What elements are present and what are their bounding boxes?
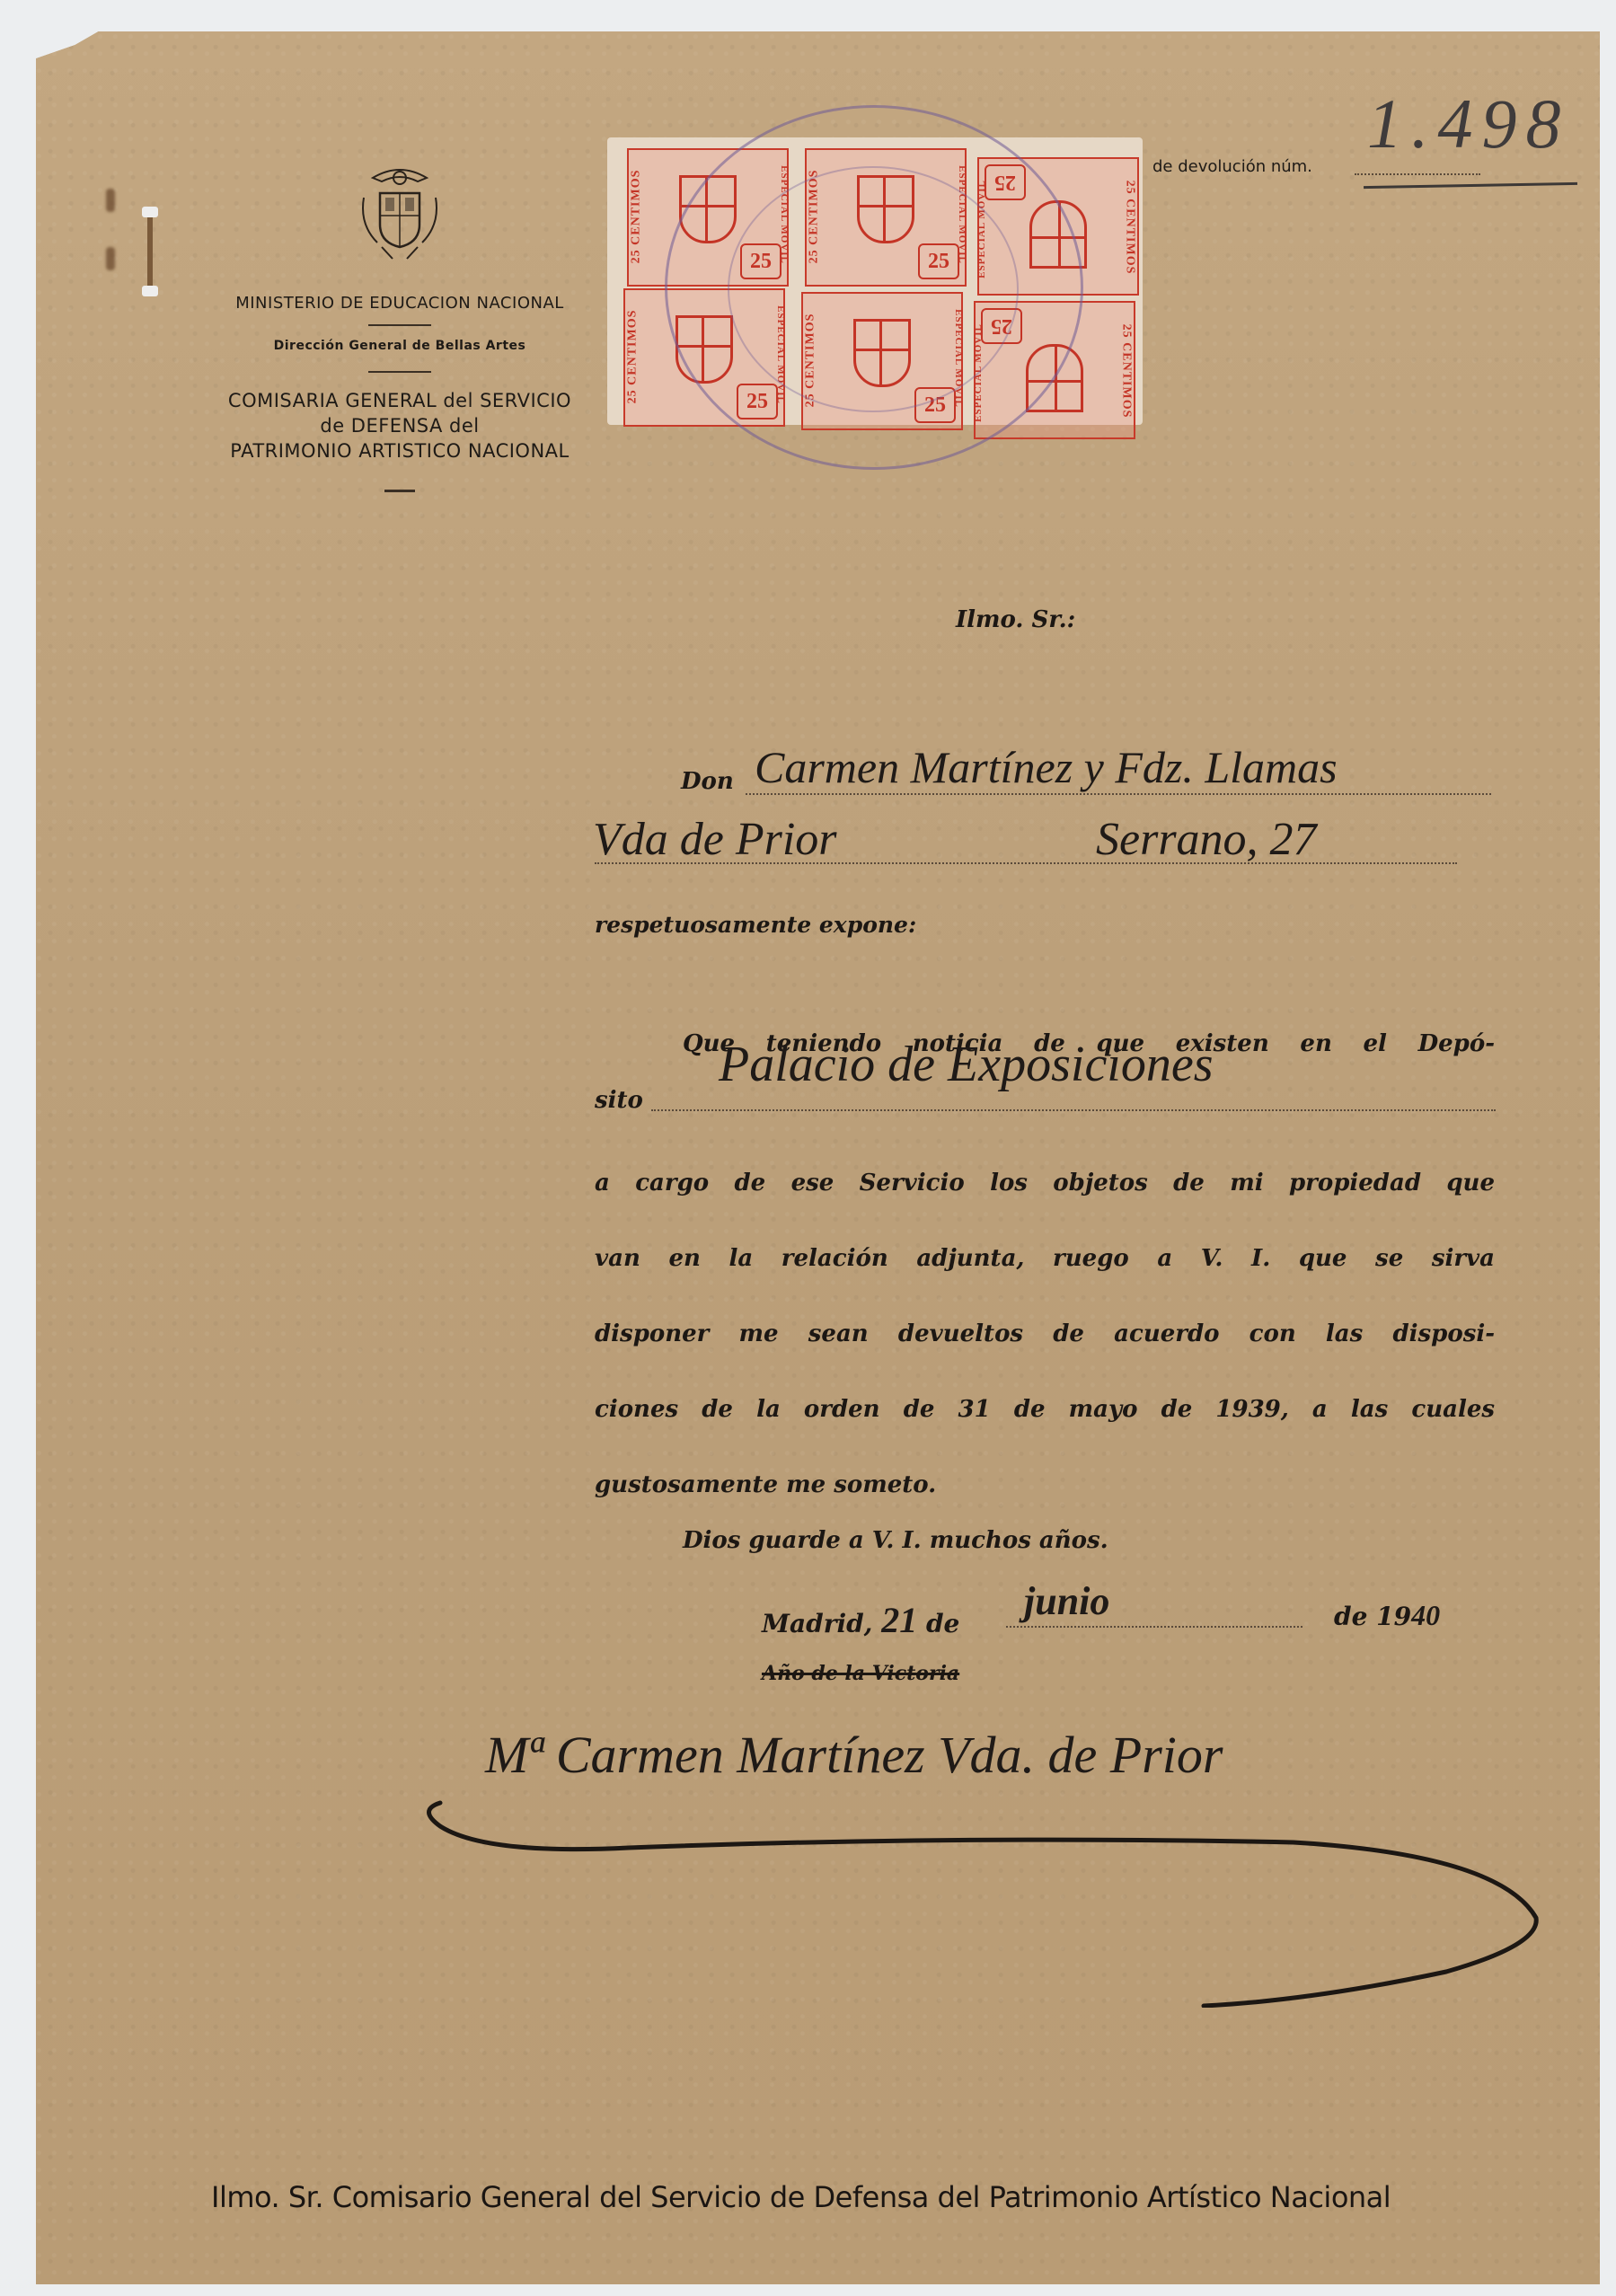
date-line: Madrid, 21 de <box>762 1599 959 1641</box>
return-number-underline <box>1364 182 1577 189</box>
footer-addressee: Ilmo. Sr. Comisario General del Servicio… <box>211 2180 1391 2214</box>
comisaria-name: COMISARIA GENERAL del SERVICIO de DEFENS… <box>202 388 597 464</box>
staple-rust-mark <box>106 247 115 270</box>
body-paragraph-cont: a cargo de ese Servicio los objetos de m… <box>595 1145 1495 1523</box>
date-month-handwritten: junio <box>1024 1578 1109 1624</box>
closing-formula: Dios guarde a V. I. muchos años. <box>683 1527 1108 1554</box>
date-city: Madrid, <box>762 1609 872 1638</box>
month-dotline <box>1006 1626 1303 1628</box>
deposit-handwritten: Palacio de Exposiciones <box>719 1036 1214 1093</box>
staple-rust-mark <box>106 189 115 212</box>
return-number-dotline <box>1355 173 1480 175</box>
deposit-prefix: sito <box>595 1087 643 1114</box>
staple-icon <box>147 207 153 296</box>
date-de: de <box>926 1609 959 1638</box>
comisaria-line: COMISARIA GENERAL del SERVICIO <box>202 388 597 413</box>
divider <box>384 490 415 492</box>
comisaria-line: PATRIMONIO ARTISTICO NACIONAL <box>202 438 597 464</box>
document-page: MINISTERIO DE EDUCACION NACIONAL Direcci… <box>36 31 1600 2284</box>
body-line: a cargo de ese Servicio los objetos de m… <box>595 1145 1495 1221</box>
deposit-dotline <box>651 1109 1496 1111</box>
salutation: Ilmo. Sr.: <box>956 606 1075 633</box>
divider <box>368 371 431 373</box>
return-number-label: de devolución núm. <box>1152 157 1312 176</box>
comisaria-line: de DEFENSA del <box>202 413 597 438</box>
date-year-handwritten: 40 <box>1411 1599 1440 1631</box>
applicant-address-handwritten: Serrano, 27 <box>1096 813 1317 866</box>
return-number-value: 1.498 <box>1367 84 1570 164</box>
ano-victoria-struck: Año de la Victoria <box>762 1662 959 1685</box>
divider <box>368 324 431 326</box>
applicant-line2-handwritten: Vda de Prior <box>593 813 837 866</box>
body-line: van en la relación adjunta, ruego a V. I… <box>595 1221 1495 1296</box>
postmark-inner-ring <box>728 166 1019 412</box>
body-line: disponer me sean devueltos de acuerdo co… <box>595 1296 1495 1372</box>
signature: Mª Carmen Martínez Vda. de Prior <box>485 1725 1223 1785</box>
coat-of-arms-icon <box>355 162 445 261</box>
date-day-handwritten: 21 <box>881 1600 917 1640</box>
body-line: ciones de la orden de 31 de mayo de 1939… <box>595 1372 1495 1447</box>
name-dotline <box>746 793 1491 795</box>
don-prefix: Don <box>681 768 734 795</box>
applicant-name-handwritten: Carmen Martínez y Fdz. Llamas <box>755 741 1338 793</box>
ministry-name: MINISTERIO DE EDUCACION NACIONAL <box>202 294 597 313</box>
body-line: gustosamente me someto. <box>595 1447 1495 1523</box>
signature-flourish-icon <box>413 1792 1581 2008</box>
date-year: de 1940 <box>1334 1599 1440 1632</box>
direccion-name: Dirección General de Bellas Artes <box>202 339 597 353</box>
expone-text: respetuosamente expone: <box>595 912 916 938</box>
